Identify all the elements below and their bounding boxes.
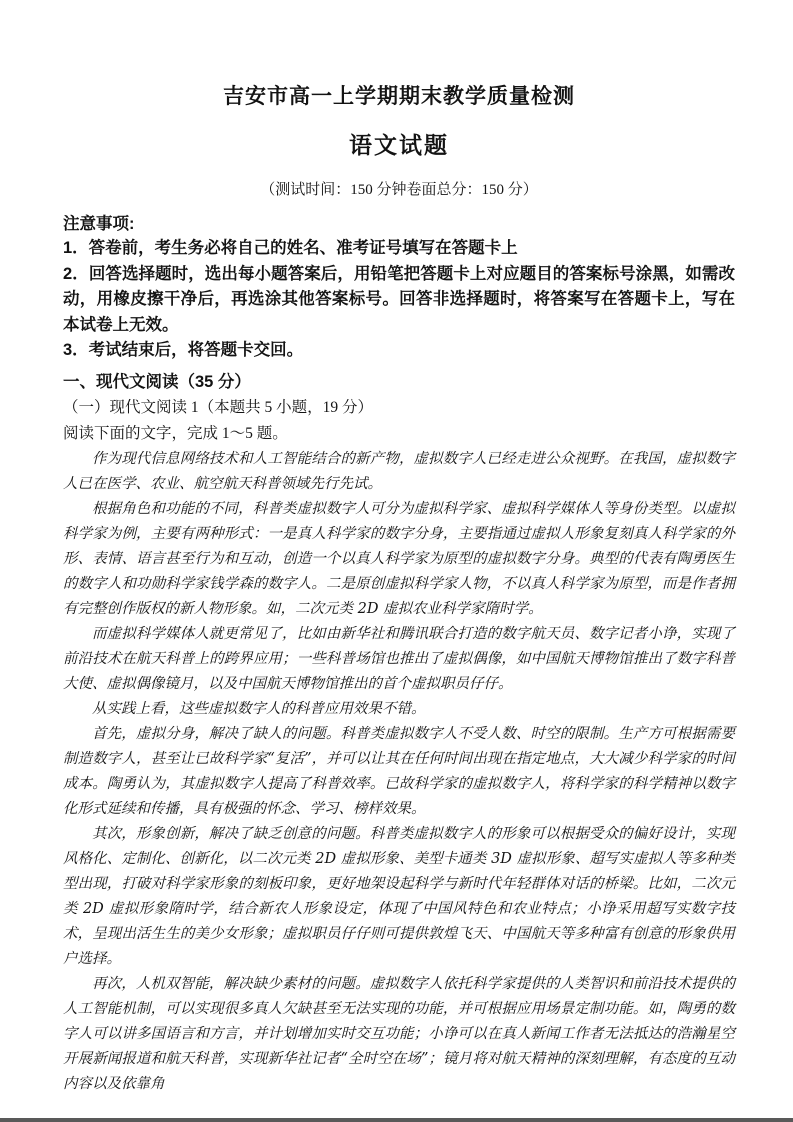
- notice-item-1: 1．答卷前，考生务必将自己的姓名、准考证号填写在答题卡上: [63, 236, 735, 262]
- passage-paragraph-7: 再次，人机双智能，解决缺少素材的问题。虚拟数字人依托科学家提供的人类智识和前沿技…: [63, 972, 735, 1097]
- notice-item-2: 2．回答选择题时，选出每小题答案后，用铅笔把答题卡上对应题目的答案标号涂黑，如需…: [63, 262, 735, 339]
- reading-passage: 作为现代信息网络技术和人工智能结合的新产物，虚拟数字人已经走进公众视野。在我国，…: [63, 447, 735, 1097]
- passage-subheading: （一）现代文阅读 1（本题共 5 小题，19 分）: [63, 395, 735, 421]
- passage-instruction: 阅读下面的文字，完成 1～5 题。: [63, 421, 735, 447]
- exam-meta: （测试时间：150 分钟卷面总分：150 分）: [63, 180, 735, 200]
- notice-item-3: 3．考试结束后，将答题卡交回。: [63, 338, 735, 364]
- passage-paragraph-5: 首先，虚拟分身，解决了缺人的问题。科普类虚拟数字人不受人数、时空的限制。生产方可…: [63, 722, 735, 822]
- exam-paper-page: 吉安市高一上学期期末教学质量检测 语文试题 （测试时间：150 分钟卷面总分：1…: [0, 0, 793, 1122]
- exam-subtitle: 语文试题: [63, 130, 735, 160]
- passage-paragraph-1: 作为现代信息网络技术和人工智能结合的新产物，虚拟数字人已经走进公众视野。在我国，…: [63, 447, 735, 497]
- notices-heading: 注意事项:: [63, 212, 735, 236]
- scan-edge-bar: [0, 1118, 793, 1122]
- passage-paragraph-3: 而虚拟科学媒体人就更常见了，比如由新华社和腾讯联合打造的数字航天员、数字记者小诤…: [63, 622, 735, 697]
- passage-paragraph-6: 其次，形象创新，解决了缺乏创意的问题。科普类虚拟数字人的形象可以根据受众的偏好设…: [63, 822, 735, 972]
- section-heading: 一、现代文阅读（35 分）: [63, 369, 735, 395]
- passage-paragraph-2: 根据角色和功能的不同，科普类虚拟数字人可分为虚拟科学家、虚拟科学媒体人等身份类型…: [63, 497, 735, 622]
- page-title: 吉安市高一上学期期末教学质量检测: [63, 82, 735, 112]
- page-content: 吉安市高一上学期期末教学质量检测 语文试题 （测试时间：150 分钟卷面总分：1…: [0, 0, 793, 1097]
- passage-paragraph-4: 从实践上看，这些虚拟数字人的科普应用效果不错。: [63, 697, 735, 722]
